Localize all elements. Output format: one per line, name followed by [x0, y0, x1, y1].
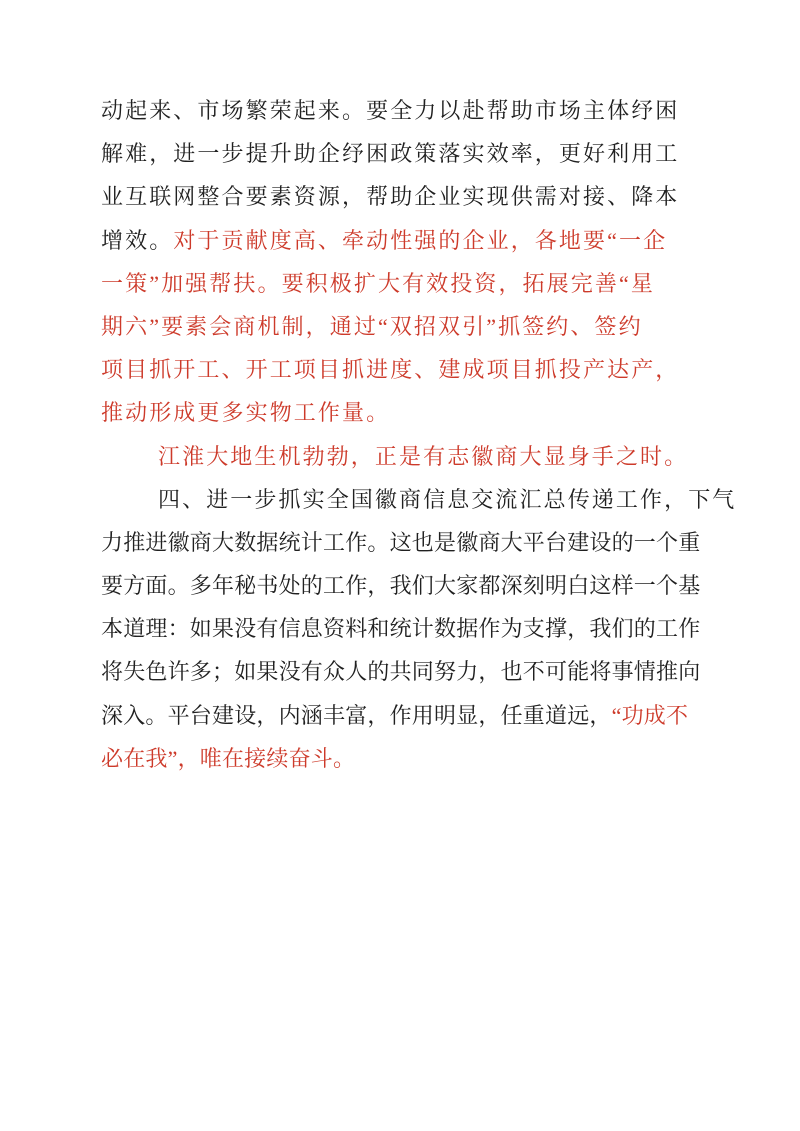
text-segment-black: 业互联网整合要素资源，帮助企业实现供需对接、降本 [101, 184, 679, 209]
document-line: 将失色许多；如果没有众人的共同努力，也不可能将事情推向 [101, 650, 706, 693]
document-line: 江淮大地生机勃勃，正是有志徽商大显身手之时。 [101, 435, 706, 478]
document-line: 增效。对于贡献度高、牵动性强的企业，各地要“一企 [101, 219, 706, 262]
text-segment-red: 江淮大地生机勃勃，正是有志徽商大显身手之时。 [158, 444, 688, 469]
document-line: 项目抓开工、开工项目抓进度、建成项目抓投产达产， [101, 348, 706, 391]
document-line: 本道理：如果没有信息资料和统计数据作为支撑，我们的工作 [101, 607, 706, 650]
text-segment-black: 解难，进一步提升助企纾困政策落实效率，更好利用工 [101, 141, 679, 166]
text-segment-red: 期六”要素会商机制，通过“双招双引”抓签约、签约 [101, 314, 643, 339]
document-page: 动起来、市场繁荣起来。要全力以赴帮助市场主体纾困 解难，进一步提升助企纾困政策落… [0, 0, 800, 1131]
text-segment-red: 项目抓开工、开工项目抓进度、建成项目抓投产达产， [101, 357, 679, 382]
text-segment-black: 深入。平台建设，内涵丰富，作用明显，任重道远， [101, 703, 612, 728]
text-segment-black: 将失色许多；如果没有众人的共同努力，也不可能将事情推向 [101, 659, 700, 684]
document-line: 深入。平台建设，内涵丰富，作用明显，任重道远，“功成不 [101, 694, 706, 737]
text-segment-red: “功成不 [612, 703, 689, 728]
text-segment-red: 对于贡献度高、牵动性强的企业，各地要“一企 [173, 228, 667, 253]
text-segment-black: 要方面。多年秘书处的工作，我们大家都深刻明白这样一个基 [101, 573, 700, 598]
document-line: 动起来、市场繁荣起来。要全力以赴帮助市场主体纾困 [101, 89, 706, 132]
document-line: 力推进徽商大数据统计工作。这也是徽商大平台建设的一个重 [101, 521, 706, 564]
text-segment-red: 一策”加强帮扶。要积极扩大有效投资，拓展完善“星 [101, 271, 655, 296]
document-line: 业互联网整合要素资源，帮助企业实现供需对接、降本 [101, 175, 706, 218]
document-line: 解难，进一步提升助企纾困政策落实效率，更好利用工 [101, 132, 706, 175]
document-line: 期六”要素会商机制，通过“双招双引”抓签约、签约 [101, 305, 706, 348]
text-segment-red: 必在我”，唯在接续奋斗。 [101, 746, 355, 771]
document-line: 要方面。多年秘书处的工作，我们大家都深刻明白这样一个基 [101, 564, 706, 607]
text-segment-black: 力推进徽商大数据统计工作。这也是徽商大平台建设的一个重 [101, 530, 700, 555]
document-line: 必在我”，唯在接续奋斗。 [101, 737, 706, 780]
document-line: 推动形成更多实物工作量。 [101, 391, 706, 434]
document-line: 四、进一步抓实全国徽商信息交流汇总传递工作，下气 [101, 478, 706, 521]
document-text-block: 动起来、市场繁荣起来。要全力以赴帮助市场主体纾困 解难，进一步提升助企纾困政策落… [101, 89, 706, 780]
text-segment-black: 增效。 [101, 228, 173, 253]
text-segment-black: 动起来、市场繁荣起来。要全力以赴帮助市场主体纾困 [101, 98, 679, 123]
text-segment-black: 四、进一步抓实全国徽商信息交流汇总传递工作，下气 [158, 487, 736, 512]
document-line: 一策”加强帮扶。要积极扩大有效投资，拓展完善“星 [101, 262, 706, 305]
text-segment-red: 推动形成更多实物工作量。 [101, 400, 390, 425]
text-segment-black: 本道理：如果没有信息资料和统计数据作为支撑，我们的工作 [101, 616, 700, 641]
